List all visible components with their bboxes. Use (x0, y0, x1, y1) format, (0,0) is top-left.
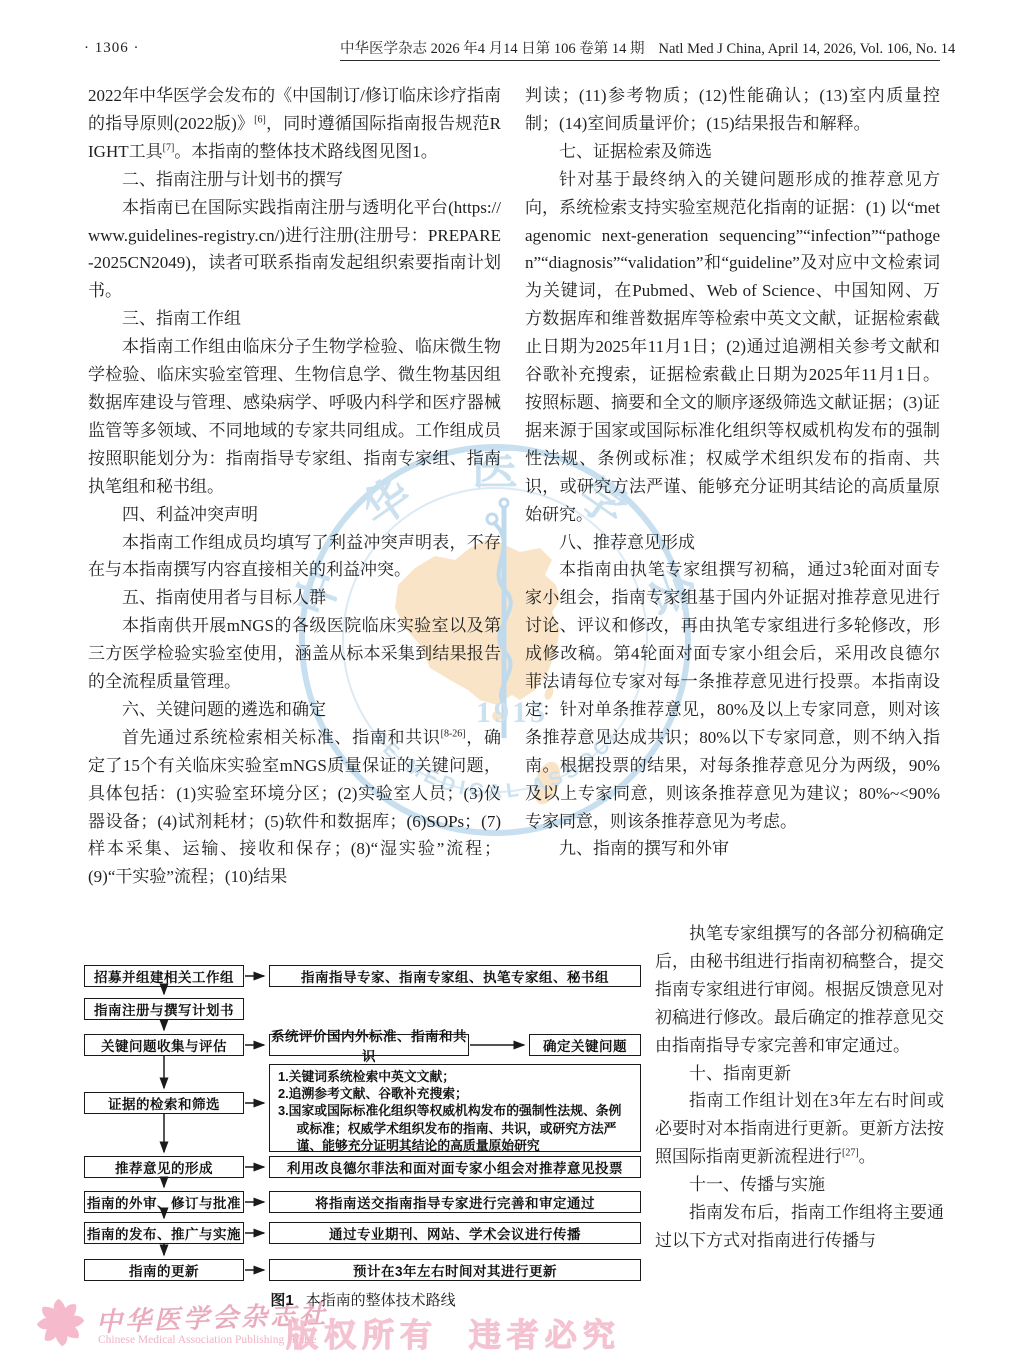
section-heading: 十、指南更新 (655, 1060, 944, 1088)
paragraph: 指南工作组计划在3年左右时间或必要时对本指南进行更新。更新方法按照国际指南更新流… (655, 1087, 944, 1171)
section-heading: 二、指南注册与计划书的撰写 (88, 166, 501, 194)
flow-step-update: 指南的更新 (84, 1259, 244, 1281)
figure1-label: 图1 (270, 1292, 293, 1309)
figure1-caption-text: 本指南的整体技术路线 (306, 1293, 456, 1309)
section-heading: 六、关键问题的遴选和确定 (88, 696, 501, 724)
figure1-flowchart: 招募并组建相关工作组 指南注册与撰写计划书 关键问题收集与评估 证据的检索和筛选… (84, 958, 642, 1292)
flow-detail-submit-review: 将指南送交指南指导专家进行完善和审定通过 (269, 1191, 641, 1213)
flow-detail-evidence-sources: 1.关键词系统检索中英文文献； 2.追溯参考文献、谷歌补充搜索； 3.国家或国际… (269, 1064, 641, 1152)
journal-title-cn: 中华医学杂志 2026 年4 月14 日第 106 卷第 14 期 (340, 41, 645, 57)
section-heading: 三、指南工作组 (88, 305, 501, 333)
flow-step-register: 指南注册与撰写计划书 (84, 998, 244, 1020)
paragraph: 本指南工作组由临床分子生物学检验、临床微生物学检验、临床实验室管理、生物信息学、… (88, 333, 501, 500)
paragraph: 本指南由执笔专家组撰写初稿，通过3轮面对面专家小组会，指南专家组基于国内外证据对… (525, 556, 940, 835)
paragraph: 本指南供开展mNGS的各级医院临床实验室以及第三方医学检验实验室使用，涵盖从标本… (88, 612, 501, 696)
paragraph: 针对基于最终纳入的关键问题形成的推荐意见方向，系统检索支持实验室规范化指南的证据… (525, 166, 940, 529)
paragraph: 首先通过系统检索相关标准、指南和共识[8-26]，确定了15个有关临床实验室mN… (88, 724, 501, 891)
publisher-name-en: Chinese Medical Association Publishing H… (98, 1334, 316, 1346)
journal-title-en: Natl Med J China, April 14, 2026, Vol. 1… (659, 41, 956, 57)
page-number: · 1306 · (84, 40, 140, 57)
citation-ref: [8-26] (441, 728, 466, 739)
section-heading: 四、利益冲突声明 (88, 501, 501, 529)
copyright-watermark: 版权所有 违者必究 (286, 1310, 621, 1355)
left-column: 2022年中华医学会发布的《中国制订/修订临床诊疗指南的指导原则(2022版)》… (88, 82, 501, 891)
paragraph: 本指南已在国际实践指南注册与透明化平台(https://www.guidelin… (88, 194, 501, 306)
journal-header: 中华医学杂志 2026 年4 月14 日第 106 卷第 14 期Natl Me… (340, 37, 940, 58)
section-heading: 七、证据检索及筛选 (525, 138, 940, 166)
flow-step-recruit: 招募并组建相关工作组 (84, 965, 244, 987)
flow-detail-dissemination: 通过专业期刊、网站、学术会议进行传播 (269, 1222, 641, 1244)
citation-ref: [6] (254, 114, 266, 125)
header-rule (340, 60, 940, 61)
flow-step-evidence: 证据的检索和筛选 (84, 1092, 244, 1114)
flow-detail-systematic-review: 系统评价国内外标准、指南和共识 (269, 1034, 469, 1056)
flow-step-key-questions: 关键问题收集与评估 (84, 1034, 244, 1056)
section-heading: 十一、传播与实施 (655, 1171, 944, 1199)
paragraph: 执笔专家组撰写的各部分初稿确定后，由秘书组进行指南初稿整合，提交指南专家组进行审… (655, 920, 944, 1060)
right-column-upper: 判读；(11)参考物质；(12)性能确认；(13)室内质量控制；(14)室间质量… (525, 82, 940, 863)
flow-detail-delphi-vote: 利用改良德尔菲法和面对面专家小组会对推荐意见投票 (269, 1156, 641, 1178)
paragraph: 判读；(11)参考物质；(12)性能确认；(13)室内质量控制；(14)室间质量… (525, 82, 940, 138)
flow-detail-groups: 指南指导专家、指南专家组、执笔专家组、秘书组 (269, 965, 641, 987)
paragraph: 指南发布后，指南工作组将主要通过以下方式对指南进行传播与 (655, 1199, 944, 1255)
right-column-lower: 执笔专家组撰写的各部分初稿确定后，由秘书组进行指南初稿整合，提交指南专家组进行审… (655, 920, 944, 1255)
section-heading: 八、推荐意见形成 (525, 529, 940, 557)
citation-ref: [7] (163, 142, 175, 153)
flow-step-publish: 指南的发布、推广与实施 (84, 1222, 244, 1244)
figure1-caption: 图1本指南的整体技术路线 (84, 1289, 642, 1310)
citation-ref: [27] (842, 1148, 859, 1159)
flow-detail-confirm-questions: 确定关键问题 (529, 1034, 641, 1056)
paragraph: 2022年中华医学会发布的《中国制订/修订临床诊疗指南的指导原则(2022版)》… (88, 82, 501, 166)
section-heading: 五、指南使用者与目标人群 (88, 584, 501, 612)
flow-detail-update-plan: 预计在3年左右时间对其进行更新 (269, 1259, 641, 1281)
section-heading: 九、指南的撰写和外审 (525, 835, 940, 863)
paragraph: 本指南工作组成员均填写了利益冲突声明表，不存在与本指南撰写内容直接相关的利益冲突… (88, 529, 501, 585)
journal-page: 中 华 医 学 会 1915 CHINESE MEDICAL ASSOCIATI… (0, 0, 1015, 1355)
flow-step-recommendations: 推荐意见的形成 (84, 1156, 244, 1178)
flow-step-review: 指南的外审、修订与批准 (84, 1191, 244, 1213)
